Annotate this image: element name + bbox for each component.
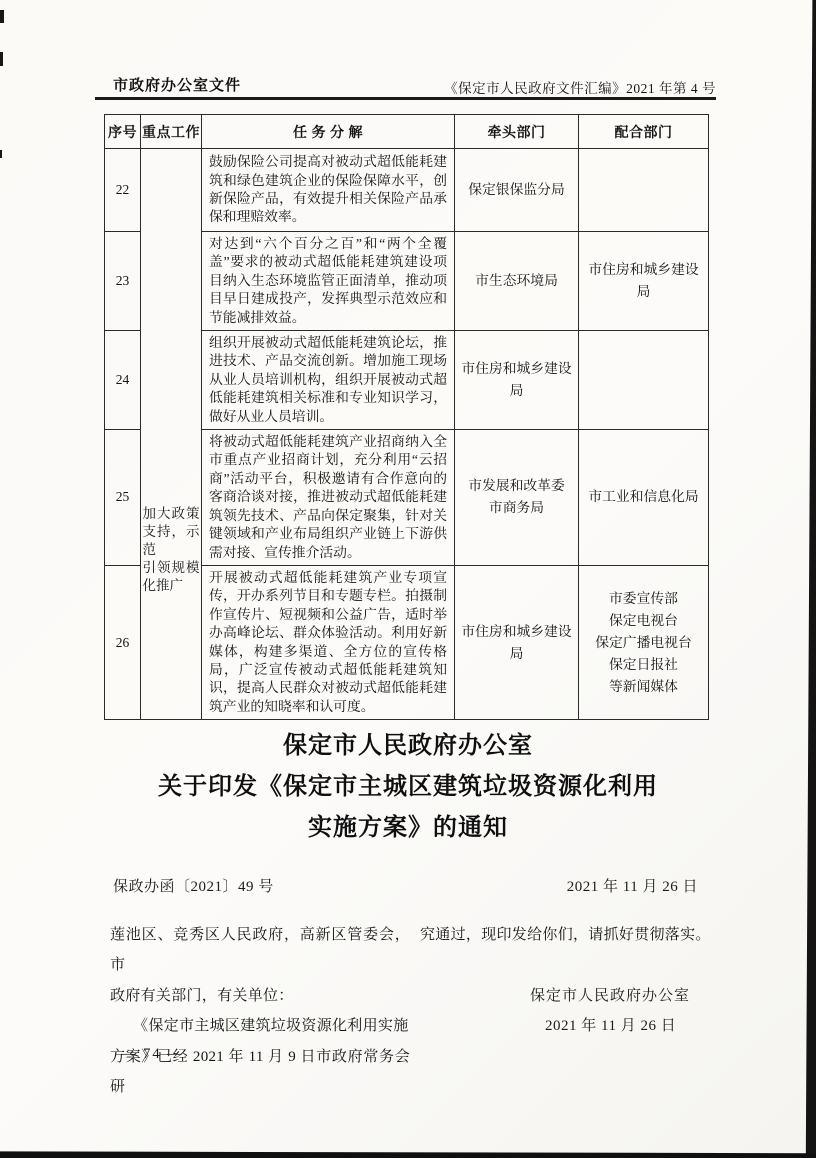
document-date: 2021 年 11 月 26 日	[567, 875, 698, 896]
key-work-line: 引领规模	[143, 559, 200, 577]
lead-dept-cell: 市生态环境局	[455, 232, 579, 331]
col-header-no: 序号	[105, 115, 141, 149]
body-text-left-column: 莲池区、竞秀区人民政府，高新区管委会，市 政府有关部门，有关单位： 《保定市主城…	[110, 920, 410, 1102]
col-header-support: 配合部门	[579, 115, 709, 149]
lead-dept-cell: 保定银保监分局	[455, 149, 579, 232]
support-dept-cell	[579, 331, 709, 430]
key-work-line: 化推广	[143, 577, 200, 595]
lead-dept-cell: 市住房和城乡建设局	[455, 331, 579, 430]
notice-title-line2: 关于印发《保定市主城区建筑垃圾资源化利用	[0, 767, 816, 808]
scan-mark	[0, 150, 2, 158]
running-head-right: 《保定市人民政府文件汇编》2021 年第 4 号	[444, 77, 716, 97]
lead-dept-cell: 市住房和城乡建设局	[455, 565, 579, 719]
col-header-lead: 牵头部门	[455, 115, 579, 149]
task-table: 序号 重点工作 任 务 分 解 牵头部门 配合部门 22 加大政策 支持，示范 …	[104, 114, 709, 720]
support-dept-cell	[579, 149, 709, 232]
row-no: 25	[105, 430, 141, 566]
scanned-document-page: 市政府办公室文件 《保定市人民政府文件汇编》2021 年第 4 号 序号 重点工…	[0, 0, 816, 1158]
support-dept-cell: 市委宣传部 保定电视台 保定广播电视台 保定日报社 等新闻媒体	[579, 565, 709, 719]
task-cell: 开展被动式超低能耗建筑产业专项宣传，开办系列节目和专题专栏。拍摄制作宣传片、短视…	[202, 565, 455, 719]
row-no: 24	[105, 331, 141, 430]
running-head-rule	[95, 97, 716, 100]
task-cell: 组织开展被动式超低能耗建筑论坛，推进技术、产品交流创新。增加施工现场从业人员培训…	[202, 331, 455, 430]
scan-mark	[0, 10, 4, 23]
scan-edge-bottom	[0, 1146, 816, 1158]
row-no: 26	[105, 565, 141, 719]
signoff-date: 2021 年 11 月 26 日	[545, 1014, 676, 1035]
support-dept-cell: 市住房和城乡建设局	[579, 232, 709, 331]
page-number: — 74 —	[121, 1046, 184, 1063]
body-text-right-column: 究通过，现印发给你们，请抓好贯彻落实。	[420, 920, 720, 950]
document-number: 保政办函〔2021〕49 号	[113, 875, 274, 896]
key-work-merged-cell: 加大政策 支持，示范 引领规模 化推广	[141, 149, 202, 720]
row-no: 23	[105, 232, 141, 331]
notice-title-line1: 保定市人民政府办公室	[0, 726, 816, 767]
running-head-left: 市政府办公室文件	[113, 74, 241, 95]
table-row: 22 加大政策 支持，示范 引领规模 化推广 鼓励保险公司提高对被动式超低能耗建…	[105, 149, 709, 232]
key-work-text: 加大政策 支持，示范 引领规模 化推广	[141, 505, 201, 595]
notice-title: 保定市人民政府办公室 关于印发《保定市主城区建筑垃圾资源化利用 实施方案》的通知	[0, 726, 816, 849]
col-header-key-work: 重点工作	[141, 115, 202, 149]
col-header-task: 任 务 分 解	[202, 115, 455, 149]
scan-mark	[0, 52, 3, 66]
signoff-organization: 保定市人民政府办公室	[530, 984, 690, 1005]
key-work-line: 加大政策	[143, 505, 200, 523]
task-cell: 鼓励保险公司提高对被动式超低能耗建筑和绿色建筑企业的保险保障水平，创新保险产品，…	[202, 149, 455, 232]
key-work-line: 支持，示范	[143, 523, 200, 559]
notice-title-line3: 实施方案》的通知	[0, 808, 816, 849]
table-header-row: 序号 重点工作 任 务 分 解 牵头部门 配合部门	[105, 115, 709, 149]
task-cell: 将被动式超低能耗建筑产业招商纳入全市重点产业招商计划，充分利用“云招商”活动平台…	[202, 430, 455, 566]
support-dept-cell: 市工业和信息化局	[579, 430, 709, 566]
lead-dept-cell: 市发展和改革委 市商务局	[455, 430, 579, 566]
scan-edge-right	[804, 0, 816, 1158]
task-cell: 对达到“六个百分之百”和“两个全覆盖”要求的被动式超低能耗建筑建设项目纳入生态环…	[202, 232, 455, 331]
row-no: 22	[105, 149, 141, 232]
